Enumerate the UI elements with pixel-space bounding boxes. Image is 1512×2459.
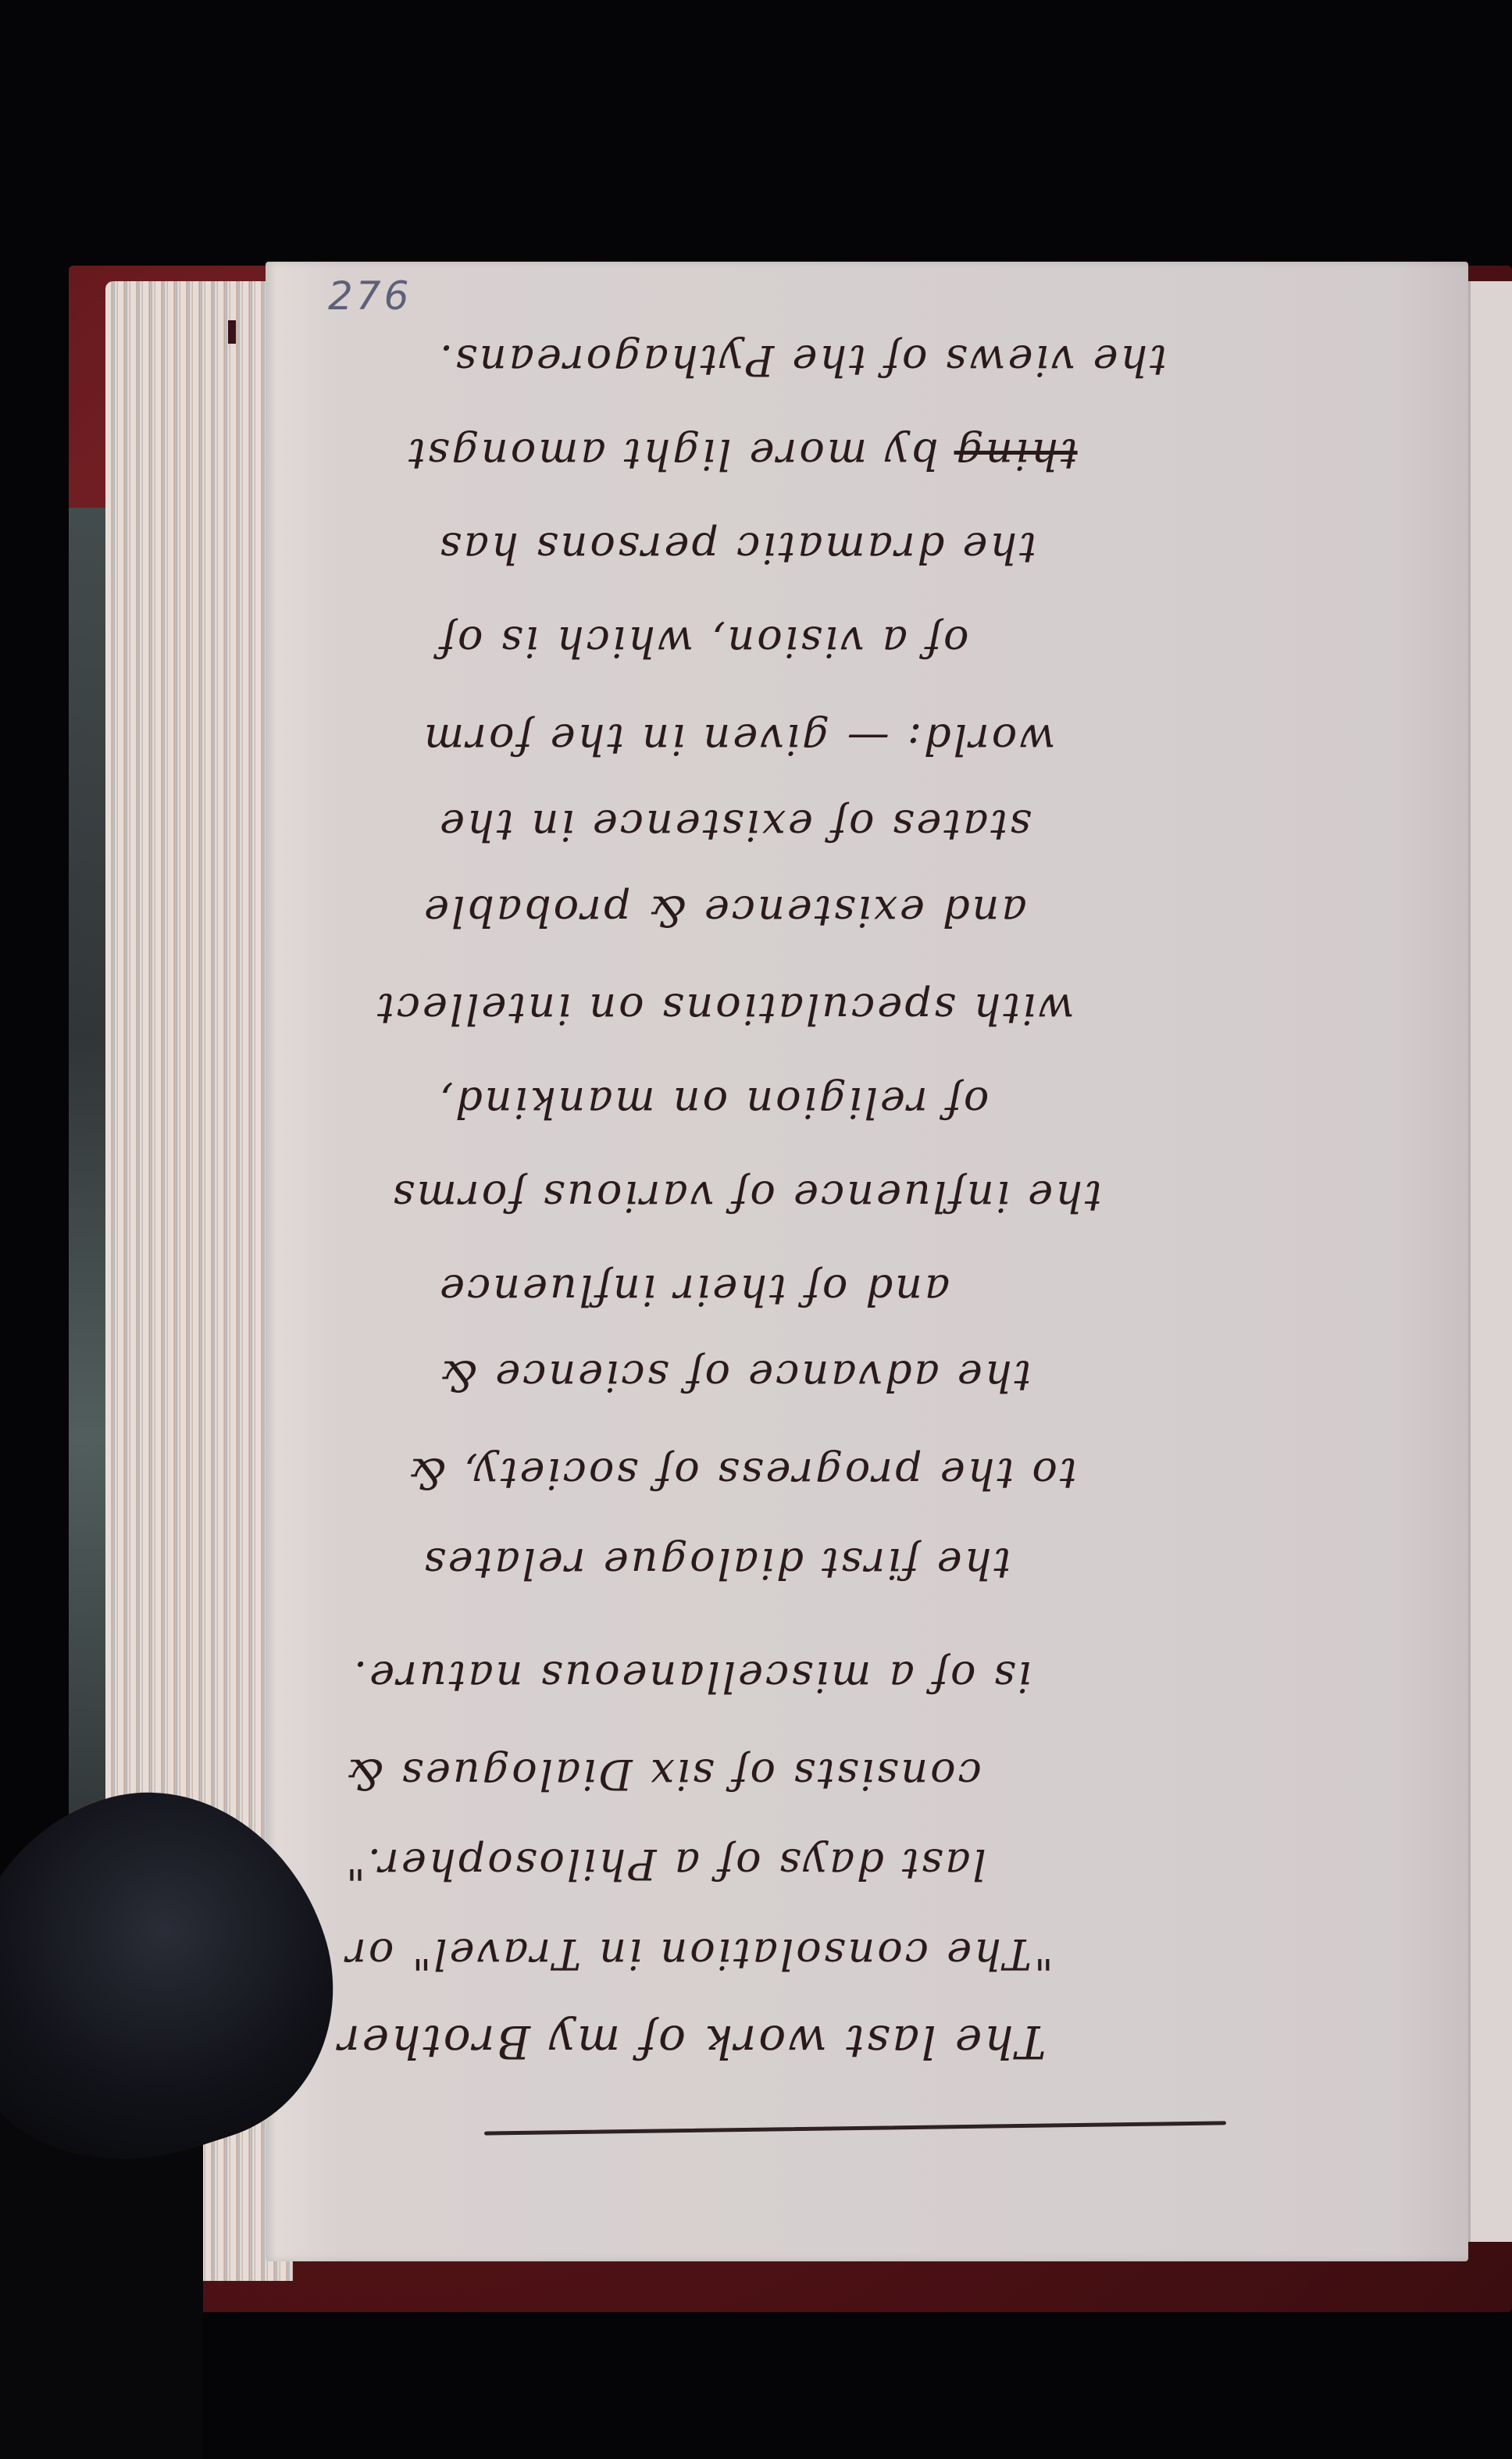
facing-page-edge	[1468, 281, 1512, 2242]
page-number: 276	[328, 273, 412, 319]
manuscript-page	[266, 262, 1468, 2261]
page-tab-mark	[228, 320, 236, 344]
